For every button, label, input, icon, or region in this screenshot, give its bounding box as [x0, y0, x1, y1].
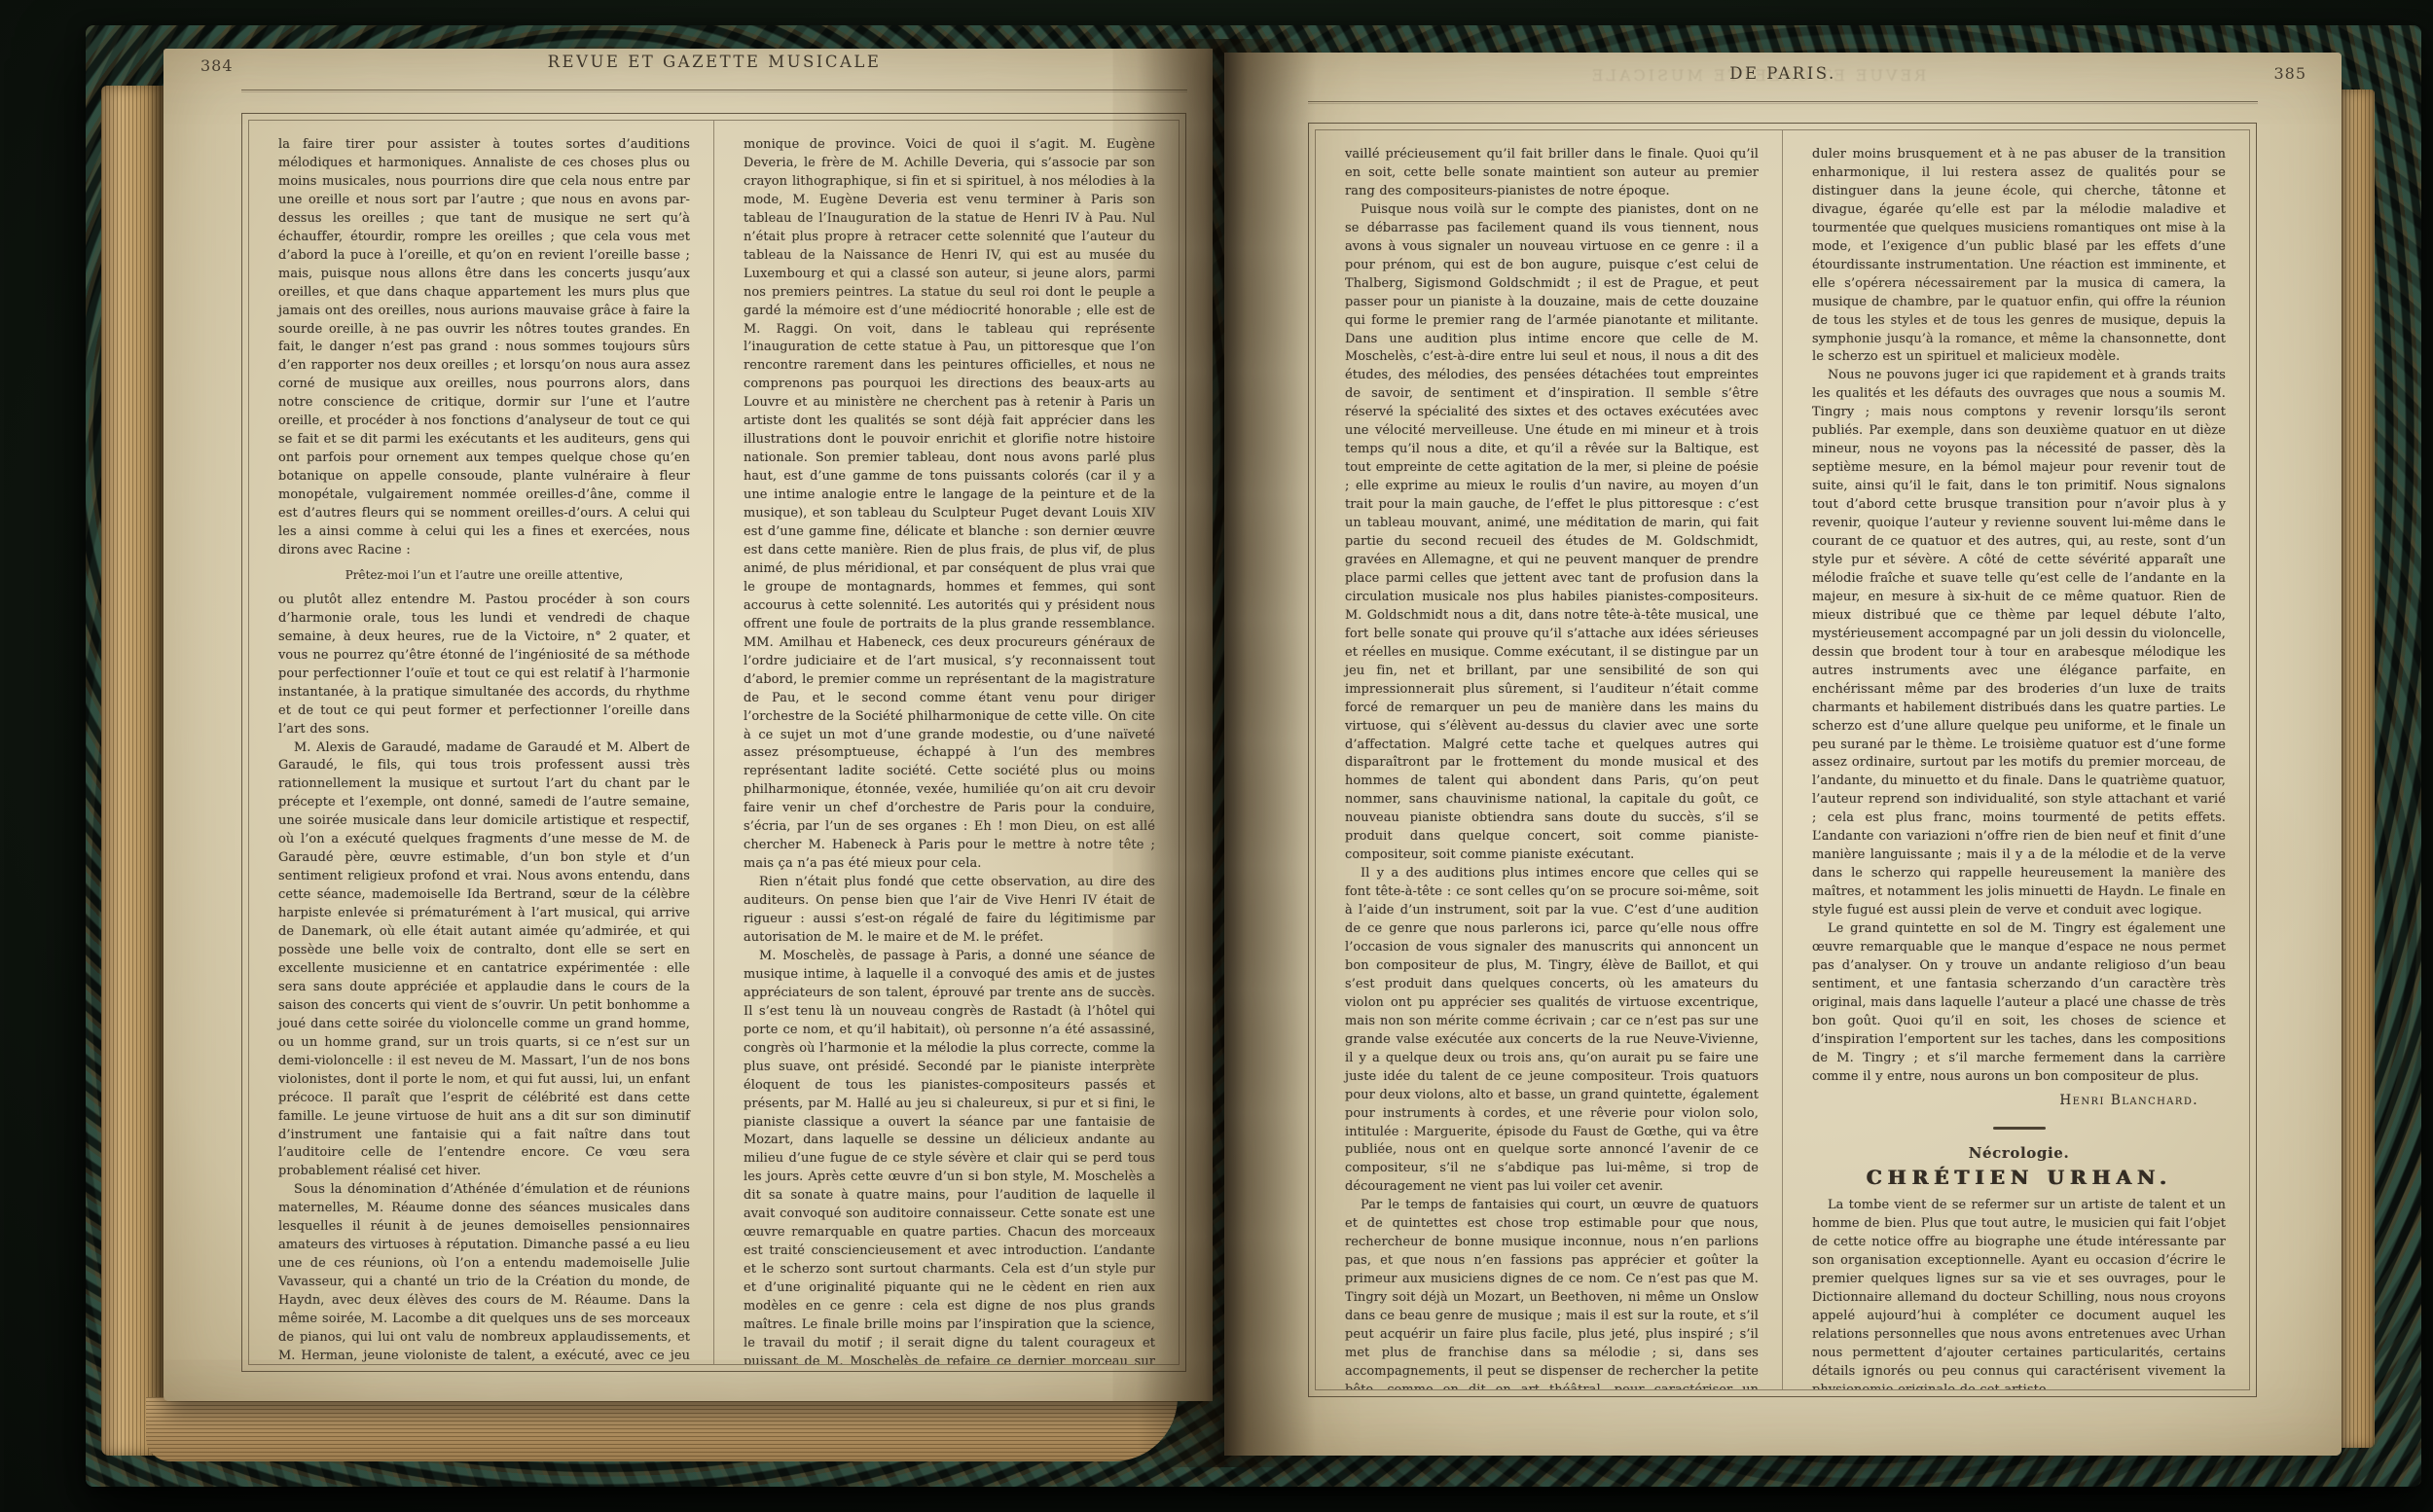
header-rule — [1308, 101, 2258, 102]
paragraph: La tombe vient de se refermer sur un art… — [1812, 1197, 2226, 1389]
paragraph-continuation: vaillé précieusement qu’il fait briller … — [1345, 146, 1759, 201]
paragraph-continuation: ou plutôt allez entendre M. Pastou procé… — [278, 592, 690, 739]
paragraph: Nous ne pouvons juger ici que rapidement… — [1812, 367, 2226, 920]
section-divider — [1993, 1127, 2046, 1130]
running-title-right: DE PARIS. — [1308, 64, 2258, 83]
paragraph: Il y a des auditions plus intimes encore… — [1345, 865, 1759, 1197]
book-photograph: 384 REVUE ET GAZETTE MUSICALE la faire t… — [0, 0, 2433, 1512]
header-rule — [241, 90, 1187, 90]
text-frame-inner: vaillé précieusement qu’il fait briller … — [1315, 129, 2250, 1390]
paragraph-continuation: monique de province. Voici de quoi il s’… — [744, 136, 1155, 874]
author-signature: Henri Blanchard. — [1812, 1087, 2226, 1110]
page-edges-left — [101, 86, 165, 1456]
column-2: monique de province. Voici de quoi il s’… — [713, 121, 1179, 1364]
page-number-left: 384 — [200, 56, 234, 75]
page-right-385: REVUE ET GAZETTE MUSICALE 385 DE PARIS. … — [1224, 53, 2342, 1456]
column-1: vaillé précieusement qu’il fait briller … — [1316, 130, 1782, 1389]
column-2: duler moins brusquement et à ne pas abus… — [1782, 130, 2249, 1389]
page-number-right: 385 — [2273, 64, 2306, 83]
paragraph-continuation: la faire tirer pour assister à toutes so… — [278, 136, 690, 560]
paragraph: Sous la dénomination d’Athénée d’émulati… — [278, 1181, 690, 1364]
paragraph: Le grand quintette en sol de M. Tingry e… — [1812, 920, 2226, 1087]
text-frame: vaillé précieusement qu’il fait briller … — [1308, 123, 2257, 1397]
column-layout: vaillé précieusement qu’il fait briller … — [1316, 130, 2249, 1389]
verse-quote: Prêtez-moi l’un et l’autre une oreille a… — [278, 560, 690, 592]
running-title-left: REVUE ET GAZETTE MUSICALE — [241, 53, 1187, 71]
text-frame: la faire tirer pour assister à toutes so… — [241, 113, 1186, 1372]
paragraph: Puisque nous voilà sur le compte des pia… — [1345, 201, 1759, 865]
page-left-384: 384 REVUE ET GAZETTE MUSICALE la faire t… — [163, 49, 1213, 1401]
paragraph: Par le temps de fantaisies qui court, un… — [1345, 1197, 1759, 1389]
paragraph: M. Moschelès, de passage à Paris, a donn… — [744, 948, 1155, 1364]
page-edges-bottom — [146, 1397, 1178, 1461]
article-title: CHRÉTIEN URHAN. — [1812, 1169, 2226, 1187]
column-layout: la faire tirer pour assister à toutes so… — [249, 121, 1179, 1364]
paragraph: Rien n’était plus fondé que cette observ… — [744, 874, 1155, 948]
paragraph-continuation: duler moins brusquement et à ne pas abus… — [1812, 146, 2226, 367]
column-1: la faire tirer pour assister à toutes so… — [249, 121, 713, 1364]
text-frame-inner: la faire tirer pour assister à toutes so… — [248, 120, 1180, 1365]
paragraph: M. Alexis de Garaudé, madame de Garaudé … — [278, 739, 690, 1182]
section-heading: Nécrologie. — [1812, 1144, 2226, 1163]
